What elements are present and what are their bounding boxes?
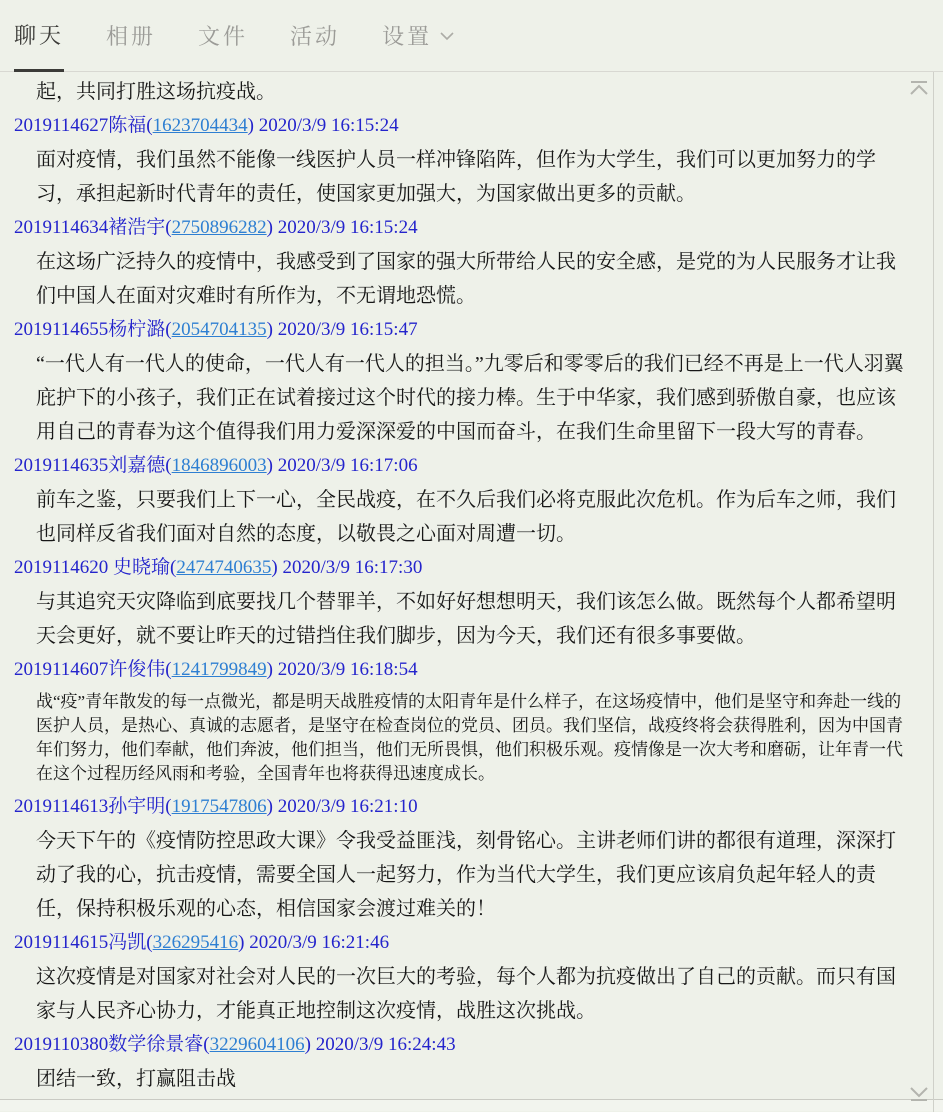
message-text: “一代人有一代人的使命，一代人有一代人的担当。”九零后和零零后的我们已经不再是上… [36, 347, 905, 449]
tab-files[interactable]: 文件 [198, 0, 248, 71]
message-timestamp: ) 2020/3/9 16:17:30 [271, 557, 422, 578]
message-text: 前车之鉴，只要我们上下一心，全民战疫，在不久后我们必将克服此次危机。作为后车之师… [36, 483, 905, 551]
chevron-up-with-bar-icon [908, 80, 930, 99]
tab-chat[interactable]: 聊天 [14, 0, 64, 72]
message-timestamp: ) 2020/3/9 16:24:43 [305, 1034, 456, 1055]
message-header: 2019114635刘嘉德(1846896003) 2020/3/9 16:17… [0, 449, 943, 483]
message-header: 2019114607许俊伟(1241799849) 2020/3/9 16:18… [0, 653, 943, 687]
message-header: 2019114613孙宇明(1917547806) 2020/3/9 16:21… [0, 790, 943, 824]
message-text: 在这场广泛持久的疫情中，我感受到了国家的强大所带给人民的安全感，是党的为人民服务… [36, 245, 905, 313]
tab-settings-label: 设置 [382, 20, 432, 51]
chat-message: 2019114627陈福(1623704434) 2020/3/9 16:15:… [0, 109, 943, 211]
sender-name: 2019114620 史晓瑜( [14, 557, 176, 578]
message-timestamp: ) 2020/3/9 16:21:10 [267, 796, 418, 817]
tab-settings[interactable]: 设置 [382, 0, 454, 71]
chat-message: 2019114607许俊伟(1241799849) 2020/3/9 16:18… [0, 653, 943, 786]
sender-name: 2019114635刘嘉德( [14, 455, 172, 476]
message-timestamp: ) 2020/3/9 16:15:24 [248, 115, 399, 136]
message-header: 2019114615冯凯(326295416) 2020/3/9 16:21:4… [0, 926, 943, 960]
scrollbar-track[interactable] [933, 72, 934, 1112]
tab-album[interactable]: 相册 [106, 0, 156, 71]
message-text: 战“疫”青年散发的每一点微光，都是明天战胜疫情的太阳青年是什么样子，在这场疫情中… [36, 690, 909, 786]
bottom-strip [0, 1100, 943, 1111]
qq-number-link[interactable]: 2054704135 [172, 319, 267, 340]
sender-name: 2019114613孙宇明( [14, 796, 172, 817]
message-timestamp: ) 2020/3/9 16:17:06 [267, 455, 418, 476]
message-text: 与其追究天灾降临到底要找几个替罪羊，不如好好想想明天，我们该怎么做。既然每个人都… [36, 585, 905, 653]
chat-message: 2019114615冯凯(326295416) 2020/3/9 16:21:4… [0, 926, 943, 1028]
message-timestamp: ) 2020/3/9 16:15:47 [267, 319, 418, 340]
sender-name: 2019114615冯凯( [14, 932, 153, 953]
qq-number-link[interactable]: 1846896003 [172, 455, 267, 476]
top-tab-bar: 聊天 相册 文件 活动 设置 [0, 0, 943, 72]
chat-message: 2019114655杨柠潞(2054704135) 2020/3/9 16:15… [0, 313, 943, 449]
qq-number-link[interactable]: 3229604106 [210, 1034, 305, 1055]
scroll-to-top-button[interactable] [908, 80, 930, 98]
sender-name: 2019114627陈福( [14, 115, 153, 136]
chat-log[interactable]: 起，共同打胜这场抗疫战。 2019114627陈福(1623704434) 20… [0, 72, 943, 1100]
sender-name: 2019110380数学徐景睿( [14, 1034, 210, 1055]
scroll-to-bottom-button[interactable] [908, 1086, 930, 1104]
chat-message: 2019114634褚浩宇(2750896282) 2020/3/9 16:15… [0, 211, 943, 313]
tab-chat-label: 聊天 [14, 19, 64, 50]
tab-activities-label: 活动 [290, 20, 340, 51]
message-continuation-line: 起，共同打胜这场抗疫战。 [0, 75, 943, 109]
message-header: 2019114634褚浩宇(2750896282) 2020/3/9 16:15… [0, 211, 943, 245]
chat-message: 2019114620 史晓瑜(2474740635) 2020/3/9 16:1… [0, 551, 943, 653]
message-header: 2019110380数学徐景睿(3229604106) 2020/3/9 16:… [0, 1028, 943, 1062]
qq-number-link[interactable]: 326295416 [153, 932, 239, 953]
message-timestamp: ) 2020/3/9 16:15:24 [267, 217, 418, 238]
chevron-down-with-bar-icon [908, 1086, 930, 1105]
qq-number-link[interactable]: 2474740635 [176, 557, 271, 578]
qq-number-link[interactable]: 1623704434 [153, 115, 248, 136]
message-header: 2019114627陈福(1623704434) 2020/3/9 16:15:… [0, 109, 943, 143]
chat-panel: 起，共同打胜这场抗疫战。 2019114627陈福(1623704434) 20… [0, 72, 943, 1112]
sender-name: 2019114634褚浩宇( [14, 217, 172, 238]
sender-name: 2019114607许俊伟( [14, 659, 172, 680]
message-header: 2019114655杨柠潞(2054704135) 2020/3/9 16:15… [0, 313, 943, 347]
chat-message: 2019114613孙宇明(1917547806) 2020/3/9 16:21… [0, 790, 943, 926]
sender-name: 2019114655杨柠潞( [14, 319, 172, 340]
qq-number-link[interactable]: 2750896282 [172, 217, 267, 238]
chat-message: 2019114635刘嘉德(1846896003) 2020/3/9 16:17… [0, 449, 943, 551]
message-text: 今天下午的《疫情防控思政大课》令我受益匪浅，刻骨铭心。主讲老师们讲的都很有道理，… [36, 824, 905, 926]
tab-files-label: 文件 [198, 20, 248, 51]
message-text: 团结一致，打赢阻击战 [36, 1062, 905, 1096]
message-text: 面对疫情，我们虽然不能像一线医护人员一样冲锋陷阵，但作为大学生，我们可以更加努力… [36, 143, 905, 211]
chevron-down-icon [440, 31, 454, 41]
message-text: 这次疫情是对国家对社会对人民的一次巨大的考验，每个人都为抗疫做出了自己的贡献。而… [36, 960, 905, 1028]
message-header: 2019114620 史晓瑜(2474740635) 2020/3/9 16:1… [0, 551, 943, 585]
tab-album-label: 相册 [106, 20, 156, 51]
qq-number-link[interactable]: 1917547806 [172, 796, 267, 817]
message-timestamp: ) 2020/3/9 16:21:46 [238, 932, 389, 953]
chat-message: 2019110380数学徐景睿(3229604106) 2020/3/9 16:… [0, 1028, 943, 1096]
qq-number-link[interactable]: 1241799849 [172, 659, 267, 680]
message-timestamp: ) 2020/3/9 16:18:54 [267, 659, 418, 680]
tab-activities[interactable]: 活动 [290, 0, 340, 71]
